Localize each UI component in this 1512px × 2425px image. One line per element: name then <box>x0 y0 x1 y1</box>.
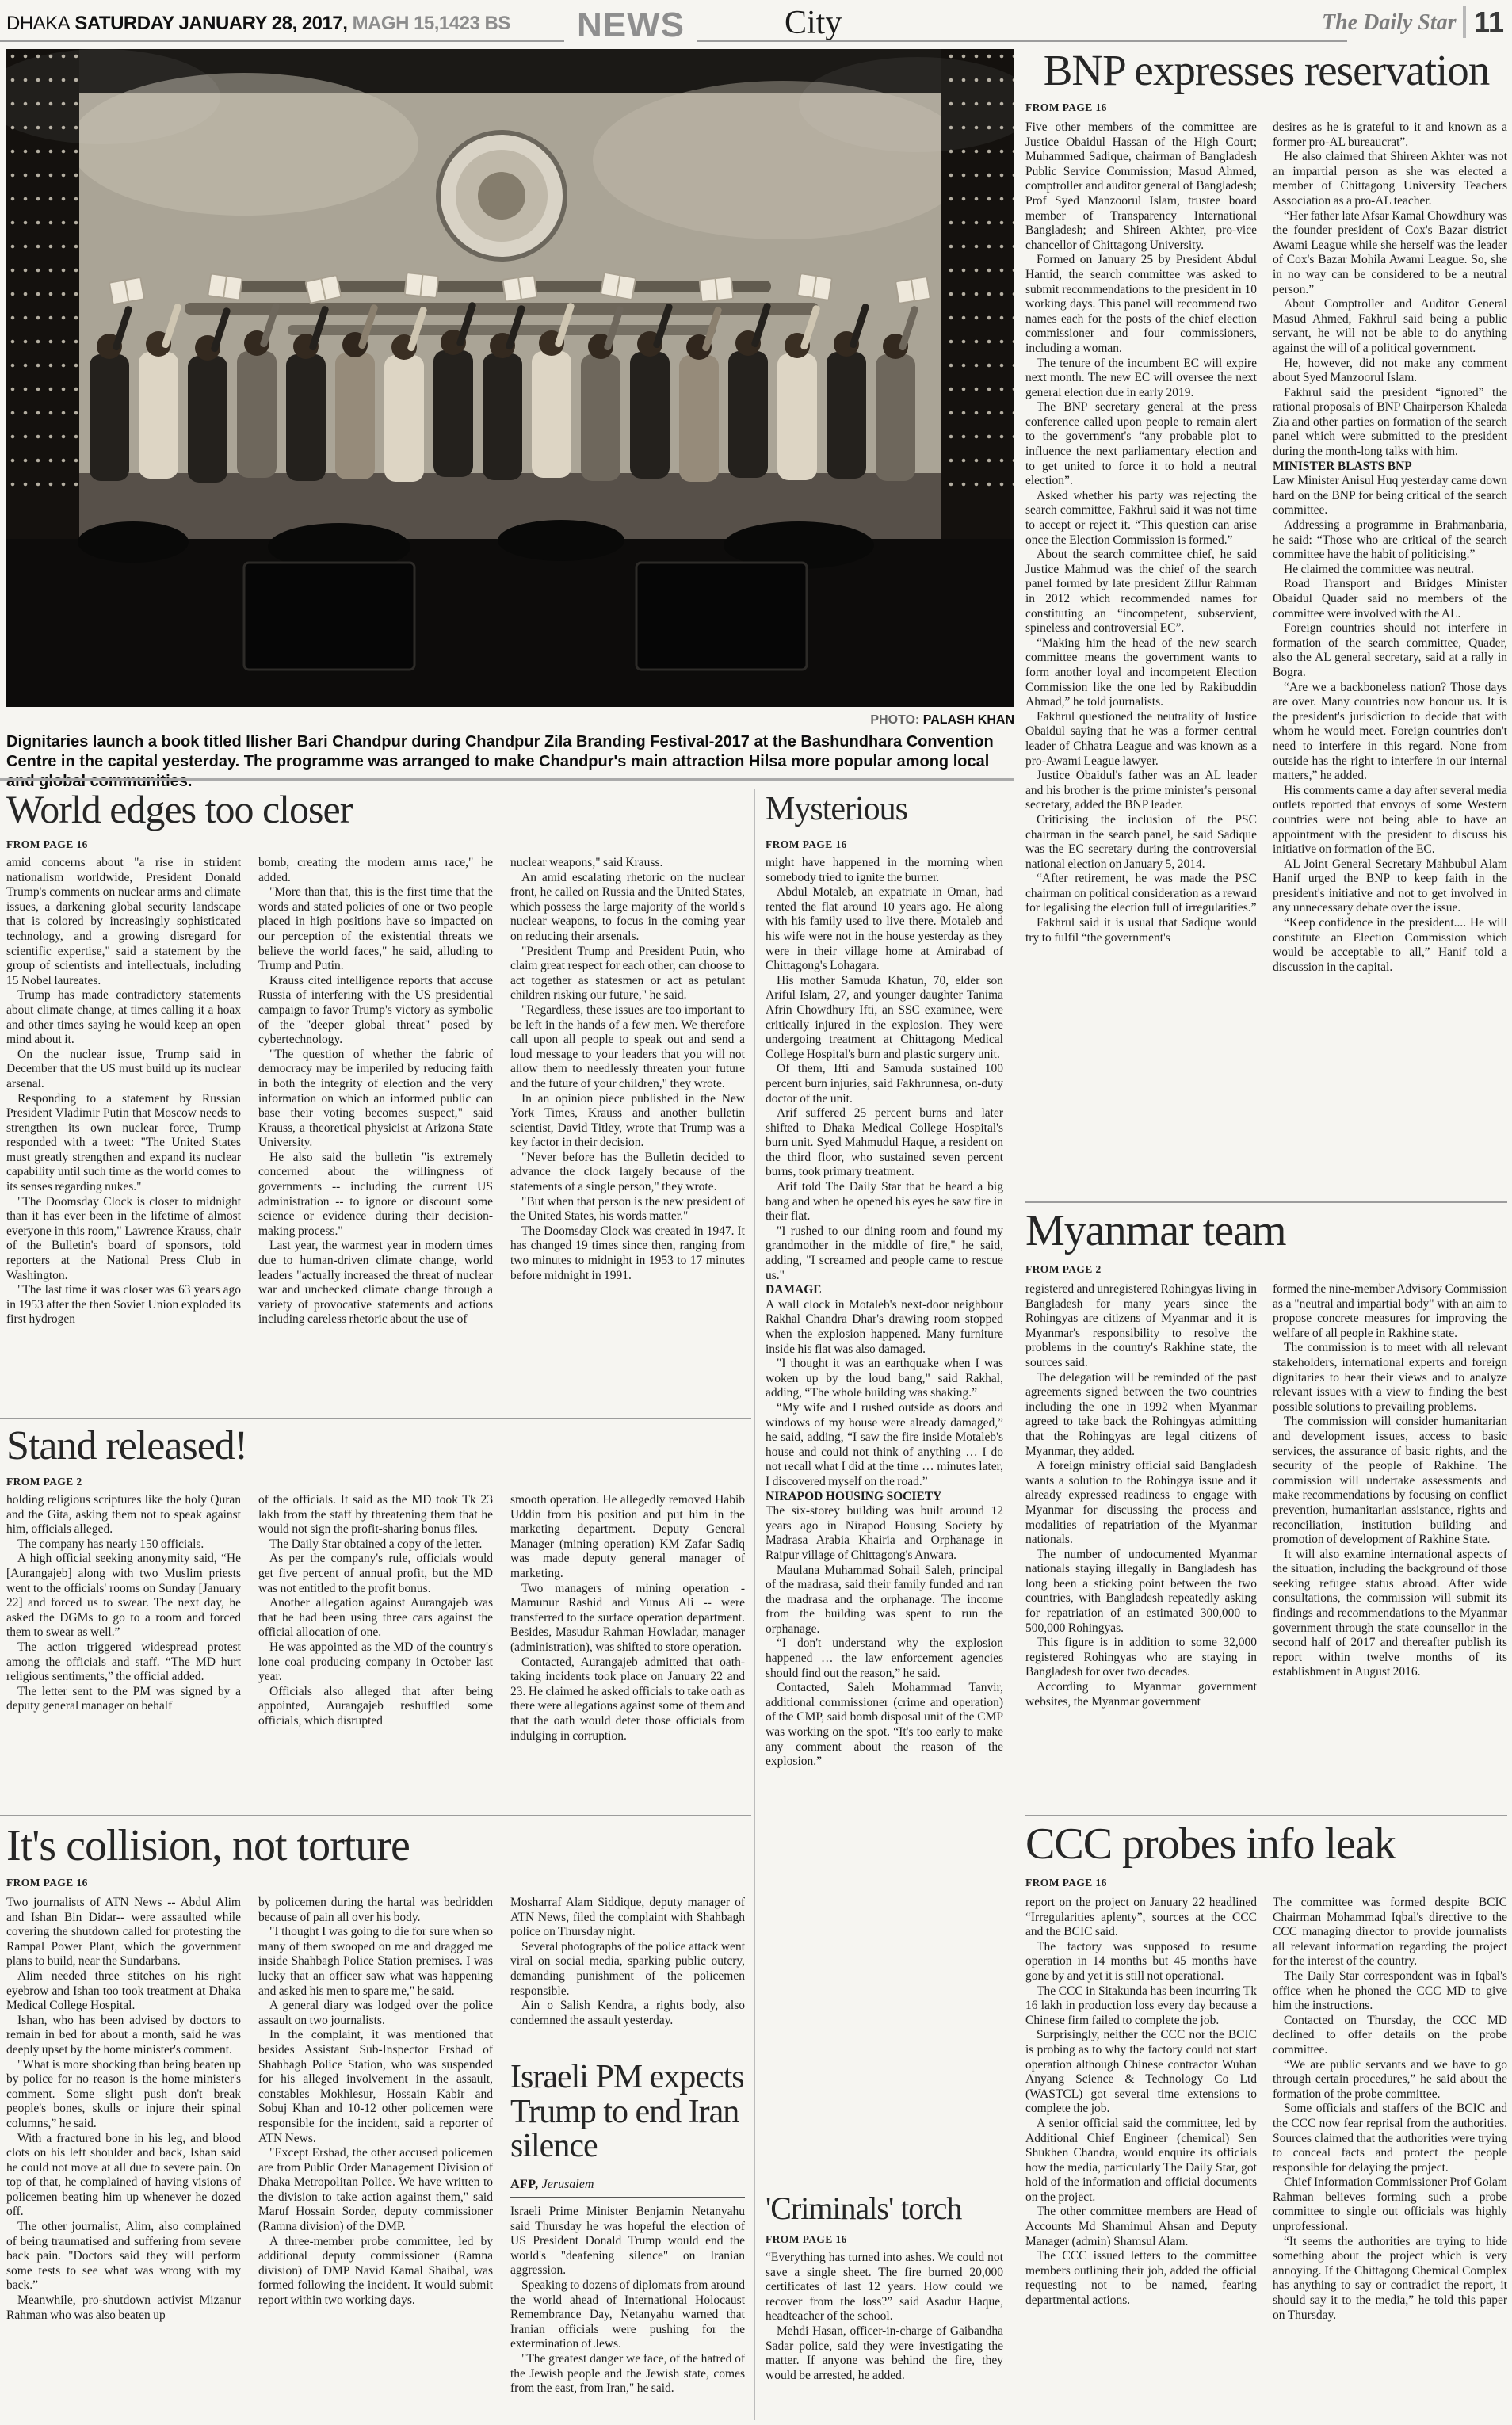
collision-top-rule <box>0 1815 751 1816</box>
world-frompage: FROM PAGE 16 <box>6 838 88 851</box>
bnp-headline: BNP expresses reservation <box>1025 48 1507 93</box>
ccc-frompage: FROM PAGE 16 <box>1025 1877 1107 1889</box>
mysterious-col: might have happened in the morning when … <box>766 856 1003 2173</box>
collision-col3: Mosharraf Alam Siddique, deputy manager … <box>510 1896 745 2054</box>
mysterious-headline: Mysterious <box>766 792 907 827</box>
criminals-col: “Everything has turned into ashes. We co… <box>766 2251 1003 2420</box>
subsection-label: City <box>785 6 842 40</box>
column-rule-c3-c4 <box>754 789 755 2420</box>
dateline-city: DHAKA <box>6 13 70 34</box>
collision-col2: by policemen during the hartal was bedri… <box>258 1896 493 2420</box>
column-rule-right-section <box>1018 49 1018 2420</box>
israeli-byline-agency: AFP, <box>510 2178 539 2191</box>
ccc-col2: The committee was formed despite BCIC Ch… <box>1273 1896 1507 2420</box>
photo-credit-label: PHOTO: <box>870 713 919 727</box>
myanmar-headline: Myanmar team <box>1025 1208 1286 1254</box>
israeli-col: Israeli Prime Minister Benjamin Netanyah… <box>510 2205 745 2420</box>
collision-headline: It's collision, not torture <box>6 1823 410 1869</box>
newspaper-page: { "masthead": { "city": "DHAKA", "date":… <box>0 0 1512 2425</box>
myanmar-col2: formed the nine-member Advisory Commissi… <box>1273 1282 1507 1812</box>
israeli-headline: Israeli PM expects Trump to end Iran sil… <box>510 2060 745 2164</box>
dateline-date: SATURDAY JANUARY 28, 2017, <box>74 13 347 34</box>
criminals-frompage: FROM PAGE 16 <box>766 2233 847 2246</box>
paper-name: The Daily Star <box>1322 11 1457 35</box>
israeli-byline: AFP, Jerusalem <box>510 2178 594 2192</box>
israeli-byline-rule <box>510 2197 745 2198</box>
bnp-col1: Five other members of the committee are … <box>1025 120 1257 1197</box>
myanmar-col1: registered and unregistered Rohingyas li… <box>1025 1282 1257 1812</box>
stage-photo <box>6 49 1014 707</box>
photo-credit: PHOTO: PALASH KHAN <box>6 713 1014 727</box>
world-col3: nuclear weapons," said Krauss.An amid es… <box>510 856 745 1414</box>
section-label: NEWS <box>564 8 697 43</box>
bnp-frompage: FROM PAGE 16 <box>1025 101 1107 114</box>
stand-col2: of the officials. It said as the MD took… <box>258 1493 493 1810</box>
page-number-divider <box>1463 6 1466 38</box>
bnp-col2: desires as he is grateful to it and know… <box>1273 120 1507 1197</box>
stand-headline: Stand released! <box>6 1425 247 1468</box>
dateline-bangla: MAGH 15,1423 BS <box>353 13 510 34</box>
stand-top-rule <box>0 1418 751 1419</box>
mysterious-frompage: FROM PAGE 16 <box>766 838 847 851</box>
photo-credit-name: PALASH KHAN <box>923 713 1014 727</box>
photo-caption: Dignitaries launch a book titled Ilisher… <box>6 732 1013 792</box>
page-number: 11 <box>1474 8 1504 36</box>
stage-photo-art <box>6 49 1014 707</box>
caption-rule <box>0 778 1014 781</box>
ccc-top-rule <box>1025 1815 1507 1816</box>
ccc-col1: report on the project on January 22 head… <box>1025 1896 1257 2420</box>
dateline: DHAKA SATURDAY JANUARY 28, 2017, MAGH 15… <box>6 13 510 35</box>
myanmar-frompage: FROM PAGE 2 <box>1025 1263 1102 1276</box>
collision-col1: Two journalists of ATN News -- Abdul Ali… <box>6 1896 241 2420</box>
myanmar-top-rule <box>1025 1201 1507 1203</box>
world-col2: bomb, creating the modern arms race," he… <box>258 856 493 1414</box>
stand-frompage: FROM PAGE 2 <box>6 1476 82 1488</box>
world-headline: World edges too closer <box>6 789 352 830</box>
israeli-byline-place: Jerusalem <box>542 2178 594 2191</box>
collision-frompage: FROM PAGE 16 <box>6 1877 88 1889</box>
stand-col1: holding religious scriptures like the ho… <box>6 1493 241 1810</box>
world-col1: amid concerns about "a rise in strident … <box>6 856 241 1414</box>
criminals-headline: 'Criminals' torch <box>766 2192 961 2225</box>
stand-col3: smooth operation. He allegedly removed H… <box>510 1493 745 1810</box>
ccc-headline: CCC probes info leak <box>1025 1821 1396 1867</box>
